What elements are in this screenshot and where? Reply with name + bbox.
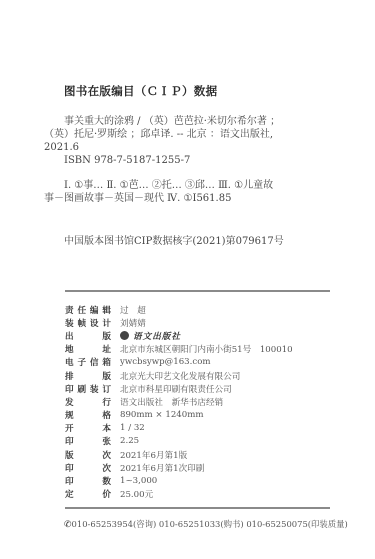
label-char: 责 bbox=[65, 304, 74, 316]
colophon-label: 规格 bbox=[65, 409, 111, 421]
label-char: 印 bbox=[65, 383, 74, 395]
colophon-row: 印次2021年6月第1次印刷 bbox=[65, 461, 345, 474]
label-char: 印 bbox=[65, 462, 74, 474]
colophon-label: 排版 bbox=[65, 370, 111, 382]
colophon-label: 定价 bbox=[65, 488, 111, 500]
label-char: 订 bbox=[102, 383, 111, 395]
label-char: 发 bbox=[65, 396, 74, 408]
label-char: 刷 bbox=[77, 383, 86, 395]
colophon-table: 责任编辑过 超装帧设计刘婧婧出版语文出版社地址北京市东城区朝阳门内南小街51号 … bbox=[65, 303, 345, 501]
label-char: 价 bbox=[102, 488, 111, 500]
colophon-row: 印刷装订北京市科星印刷有限责任公司 bbox=[65, 382, 345, 395]
isbn: ISBN 978-7-5187-1255-7 bbox=[44, 154, 334, 167]
label-char: 计 bbox=[102, 317, 111, 329]
colophon-value: 1 / 32 bbox=[120, 423, 145, 433]
colophon-row: 版次2021年6月第1版 bbox=[65, 448, 345, 461]
colophon-value: ywcbsywp@163.com bbox=[120, 357, 211, 367]
classification-line: 事－图画故事－英国－现代 Ⅳ. ①I561.85 bbox=[44, 192, 334, 205]
label-char: 版 bbox=[65, 449, 74, 461]
colophon-value: 北京市东城区朝阳门内南小街51号 100010 bbox=[120, 343, 293, 355]
label-char: 数 bbox=[102, 475, 111, 487]
label-char: 次 bbox=[102, 462, 111, 474]
publisher-logo: 语文出版社 bbox=[120, 330, 181, 342]
label-char: 设 bbox=[90, 317, 99, 329]
label-char: 开 bbox=[65, 422, 74, 434]
colophon-label: 发行 bbox=[65, 396, 111, 408]
colophon-label: 印数 bbox=[65, 475, 111, 487]
colophon-label: 印张 bbox=[65, 435, 111, 447]
label-char: 帧 bbox=[77, 317, 86, 329]
label-char: 次 bbox=[102, 449, 111, 461]
colophon-value: 2021年6月第1次印刷 bbox=[120, 462, 204, 474]
colophon-row: 定价25.00元 bbox=[65, 488, 345, 501]
label-char: 版 bbox=[102, 330, 111, 342]
colophon-row: 排版北京光大印艺文化发展有限公司 bbox=[65, 369, 345, 382]
label-char: 版 bbox=[102, 370, 111, 382]
label-char: 印 bbox=[65, 475, 74, 487]
label-char: 编 bbox=[90, 304, 99, 316]
label-char: 定 bbox=[65, 488, 74, 500]
colophon-value: 北京市科星印刷有限责任公司 bbox=[120, 383, 232, 395]
label-char: 规 bbox=[65, 409, 74, 421]
colophon-label: 装帧设计 bbox=[65, 317, 111, 329]
colophon-row: 开本1 / 32 bbox=[65, 422, 345, 435]
colophon-label: 责任编辑 bbox=[65, 304, 111, 316]
label-char: 箱 bbox=[102, 356, 111, 368]
label-char: 行 bbox=[102, 396, 111, 408]
colophon-row: 印数1~3,000 bbox=[65, 474, 345, 487]
label-char: 出 bbox=[65, 330, 74, 342]
colophon-value: 2021年6月第1版 bbox=[120, 449, 187, 461]
label-char: 装 bbox=[65, 317, 74, 329]
label-char: 子 bbox=[77, 356, 86, 368]
cip-record: 事关重大的涂鸦 / （英）芭芭拉·米切尔希尔著 ； （英）托尼·罗斯绘 ；邱卓译… bbox=[44, 115, 334, 205]
classification-line: Ⅰ. ①事… Ⅱ. ①芭… ②托… ③邱… Ⅲ. ①儿童故 bbox=[44, 179, 334, 192]
colophon-value: 过 超 bbox=[120, 304, 146, 316]
colophon-value: 语文出版社 新华书店经销 bbox=[120, 396, 223, 408]
label-char: 排 bbox=[65, 370, 74, 382]
label-char: 址 bbox=[102, 343, 111, 355]
label-char: 任 bbox=[77, 304, 86, 316]
colophon-label: 开本 bbox=[65, 422, 111, 434]
colophon-row: 地址北京市东城区朝阳门内南小街51号 100010 bbox=[65, 343, 345, 356]
publisher-emblem-icon bbox=[120, 331, 129, 340]
label-char: 格 bbox=[102, 409, 111, 421]
colophon-row: 电子信箱ywcbsywp@163.com bbox=[65, 356, 345, 369]
label-char: 电 bbox=[65, 356, 74, 368]
cip-line: 事关重大的涂鸦 / （英）芭芭拉·米切尔希尔著 ； bbox=[44, 115, 334, 128]
phone-icon: ✆ bbox=[64, 520, 72, 530]
label-char: 信 bbox=[90, 356, 99, 368]
divider-top bbox=[65, 290, 330, 292]
colophon-value: 刘婧婧 bbox=[120, 317, 146, 329]
label-char: 地 bbox=[65, 343, 74, 355]
label-char: 辑 bbox=[102, 304, 111, 316]
colophon-label: 出版 bbox=[65, 330, 111, 342]
colophon-label: 印刷装订 bbox=[65, 383, 111, 395]
cip-number: 中国版本图书馆CIP数据核字(2021)第079617号 bbox=[64, 232, 284, 247]
colophon-row: 印张2.25 bbox=[65, 435, 345, 448]
label-char: 张 bbox=[102, 435, 111, 447]
colophon-label: 地址 bbox=[65, 343, 111, 355]
colophon-label: 版次 bbox=[65, 449, 111, 461]
colophon-row: 装帧设计刘婧婧 bbox=[65, 316, 345, 329]
colophon-label: 印次 bbox=[65, 462, 111, 474]
colophon-value: 890mm × 1240mm bbox=[120, 410, 204, 420]
colophon-row: 责任编辑过 超 bbox=[65, 303, 345, 316]
label-char: 印 bbox=[65, 435, 74, 447]
label-char: 装 bbox=[90, 383, 99, 395]
colophon-row: 发行语文出版社 新华书店经销 bbox=[65, 395, 345, 408]
contact-numbers: 010-65253954(咨询) 010-65251033(购书) 010-65… bbox=[72, 519, 348, 529]
colophon-value: 2.25 bbox=[120, 436, 139, 446]
cip-line: （英）托尼·罗斯绘 ；邱卓译. -- 北京 ：语文出版社, bbox=[44, 128, 334, 141]
colophon-row: 出版语文出版社 bbox=[65, 329, 345, 342]
cip-line: 2021.6 bbox=[44, 141, 334, 154]
colophon-row: 规格890mm × 1240mm bbox=[65, 409, 345, 422]
contact-line: ✆010-65253954(咨询) 010-65251033(购书) 010-6… bbox=[64, 518, 348, 530]
publisher-logo-text: 语文出版社 bbox=[133, 332, 181, 342]
cip-heading: 图书在版编目（ＣＩＰ）数据 bbox=[64, 83, 217, 99]
colophon-value: 1~3,000 bbox=[120, 476, 157, 486]
divider-bottom bbox=[65, 507, 330, 509]
colophon-value: 北京光大印艺文化发展有限公司 bbox=[120, 370, 240, 382]
colophon-value: 25.00元 bbox=[120, 488, 153, 500]
colophon-label: 电子信箱 bbox=[65, 356, 111, 368]
label-char: 本 bbox=[102, 422, 111, 434]
